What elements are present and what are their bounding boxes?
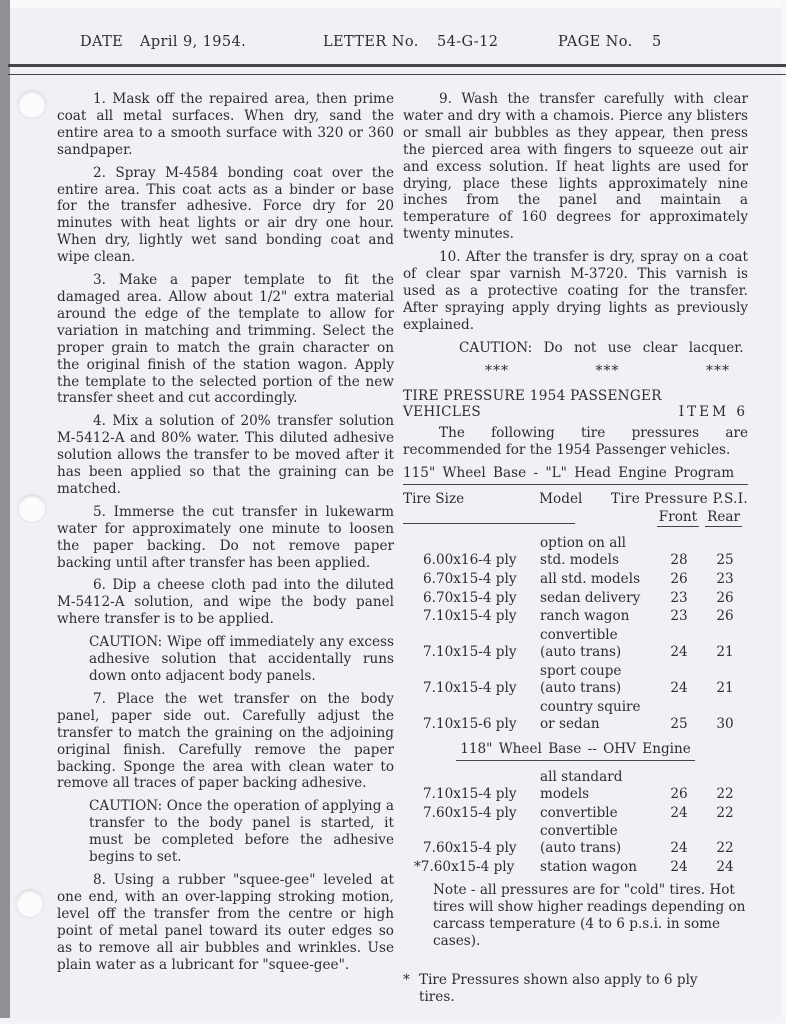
cell-model: convertible [540,805,656,822]
letter-no-label: LETTER No. [323,34,419,50]
paragraph: 4. Mix a solution of 20% transfer soluti… [57,413,394,498]
caution-note: CAUTION: Do not use clear lacquer. [403,340,748,357]
paragraph: 8. Using a rubber "squee-gee" leveled at… [57,872,394,973]
cell-front-pressure: 24 [656,644,702,661]
footnote-text: Tire Pressures shown also apply to 6 ply… [419,972,748,1006]
col-header-front: Front [657,509,699,527]
paragraph: 6. Dip a cheese cloth pad into the dilut… [57,577,394,628]
col-header-rear: Rear [705,509,742,527]
scan-edge-right [781,0,786,1024]
table-section-title: 115" Wheel Base - "L" Head Engine Progra… [403,465,748,485]
cell-model: all standard models [540,769,656,803]
section-heading-title: VEHICLES [403,404,481,421]
caution-note: CAUTION: Once the operation of applying … [57,798,394,866]
header-divider-rule [8,64,786,75]
left-column: 1. Mask off the repaired area, then prim… [57,91,394,979]
spacer [575,509,657,527]
punch-hole [16,889,44,917]
cell-tire-size: 7.10x15-6 ply [423,716,540,733]
table-row: 7.10x15-4 plyall standard models2622 [403,769,748,803]
col-header-model: Model [511,491,611,508]
cell-tire-size: *7.60x15-4 ply [423,859,540,876]
table-section-title-text: 118" Wheel Base -- OHV Engine [456,741,695,761]
cell-model: sedan delivery [540,590,656,607]
punch-hole [18,494,46,522]
cell-rear-pressure: 22 [702,805,748,822]
cell-tire-size: 6.70x15-4 ply [423,590,540,607]
table-row: 6.70x15-4 plysedan delivery2326 [403,590,748,607]
page-no-value: 5 [652,34,662,50]
cell-rear-pressure: 21 [702,644,748,661]
caution-note: CAUTION: Wipe off immediately any excess… [57,634,394,685]
stars-group: *** [485,363,509,380]
cold-tires-note: Note - all pressures are for "cold" tire… [433,882,748,950]
cell-tire-size: 7.10x15-4 ply [423,680,540,697]
tire-pressure-footnote: *Tire Pressures shown also apply to 6 pl… [403,972,748,1006]
table-row: *7.60x15-4 plystation wagon2424 [403,859,748,876]
table-row: 7.60x15-4 plyconvertible (auto trans)242… [403,823,748,857]
col-header-tire-size: Tire Size [403,491,511,508]
cell-front-pressure: 24 [656,840,702,857]
tire-pressure-table: 7.10x15-4 plyall standard models26227.60… [403,769,748,876]
cell-tire-size: 7.60x15-4 ply [423,840,540,857]
date-value: April 9, 1954. [140,34,246,50]
cell-rear-pressure: 24 [702,859,748,876]
cell-front-pressure: 25 [656,716,702,733]
col-header-pressure: Tire Pressure P.S.I. [611,491,748,508]
table-row: 7.10x15-4 plysport coupe (auto trans)242… [403,663,748,697]
table-row: 7.10x15-4 plyranch wagon2326 [403,608,748,625]
cell-tire-size: 6.70x15-4 ply [423,571,540,588]
letter-no-value: 54-G-12 [437,34,498,50]
punch-hole [18,90,46,118]
page-header: DATE April 9, 1954. LETTER No. 54-G-12 P… [0,34,786,58]
scan-edge-left [0,0,10,1024]
table-row: 6.70x15-4 plyall std. models2623 [403,571,748,588]
scan-edge-top [0,0,786,8]
cell-model: country squire or sedan [540,699,656,733]
date-label: DATE [80,34,123,50]
cell-rear-pressure: 26 [702,590,748,607]
cell-front-pressure: 23 [656,608,702,625]
paragraph: 9. Wash the transfer carefully with clea… [403,91,748,243]
footnote-asterisk: * [403,972,419,1006]
item-number: ITEM 6 [679,404,748,421]
cell-rear-pressure: 30 [702,716,748,733]
stars-group: *** [596,363,620,380]
right-column: 9. Wash the transfer carefully with clea… [403,91,748,1006]
section-heading-line1: TIRE PRESSURE 1954 PASSENGER [403,388,748,405]
paragraph: 10. After the transfer is dry, spray on … [403,249,748,334]
cell-front-pressure: 26 [656,571,702,588]
table-row: 7.10x15-4 plyconvertible (auto trans)242… [403,627,748,661]
cell-model: ranch wagon [540,608,656,625]
cell-model: sport coupe (auto trans) [540,663,656,697]
cell-rear-pressure: 21 [702,680,748,697]
cell-model: all std. models [540,571,656,588]
cell-tire-size: 7.60x15-4 ply [423,805,540,822]
cell-tire-size: 6.00x16-4 ply [423,552,540,569]
cell-rear-pressure: 22 [702,840,748,857]
stars-separator: ********* [485,363,730,380]
cell-rear-pressure: 25 [702,552,748,569]
paragraph: 2. Spray M-4584 bonding coat over the en… [57,165,394,266]
cell-front-pressure: 24 [656,680,702,697]
cell-front-pressure: 24 [656,805,702,822]
cell-tire-size: 7.10x15-4 ply [423,786,540,803]
table-header-row: Tire SizeModelTire Pressure P.S.I. [403,491,748,508]
page-no-label: PAGE No. [558,34,633,50]
cell-rear-pressure: 26 [702,608,748,625]
paragraph: 1. Mask off the repaired area, then prim… [57,91,394,159]
table-row: 6.00x16-4 plyoption on all std. models28… [403,535,748,569]
table-section-title: 118" Wheel Base -- OHV Engine [403,741,748,763]
paragraph: 3. Make a paper template to fit the dama… [57,272,394,407]
paragraph: 5. Immerse the cut transfer in lukewarm … [57,504,394,572]
section-heading-line2: VEHICLESITEM 6 [403,404,748,421]
tire-pressure-table: Tire SizeModelTire Pressure P.S.I.FrontR… [403,491,748,733]
cell-model: convertible (auto trans) [540,627,656,661]
cell-front-pressure: 24 [656,859,702,876]
table-row: 7.10x15-6 plycountry squire or sedan2530 [403,699,748,733]
cell-model: option on all std. models [540,535,656,569]
cell-tire-size: 7.10x15-4 ply [423,608,540,625]
cell-front-pressure: 23 [656,590,702,607]
section-heading: TIRE PRESSURE 1954 PASSENGERVEHICLESITEM… [403,388,748,422]
stars-group: *** [706,363,730,380]
table-subheader-row: FrontRear [403,509,748,527]
header-underline [403,509,575,524]
paragraph: The following tire pressures are recomme… [403,425,748,459]
cell-front-pressure: 28 [656,552,702,569]
cell-model: convertible (auto trans) [540,823,656,857]
cell-tire-size: 7.10x15-4 ply [423,644,540,661]
cell-front-pressure: 26 [656,786,702,803]
scan-edge-bottom [0,1018,786,1024]
cell-rear-pressure: 23 [702,571,748,588]
table-row: 7.60x15-4 plyconvertible2422 [403,805,748,822]
cell-model: station wagon [540,859,656,876]
cell-rear-pressure: 22 [702,786,748,803]
paragraph: 7. Place the wet transfer on the body pa… [57,691,394,792]
